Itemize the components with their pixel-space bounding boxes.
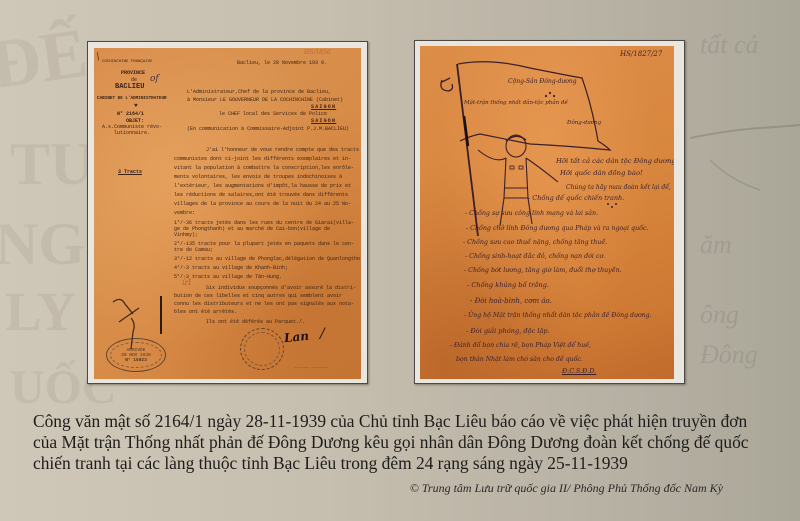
address-line: (En communication à Commissaire-Adjoint … (187, 126, 349, 133)
objet-text: lutionnaire. (114, 130, 150, 137)
slogan-line: Chúng ta hãy mau đoàn kết lại để, (566, 184, 671, 191)
caption-line: Công văn mật số 2164/1 ngày 28-11-1939 c… (33, 411, 773, 432)
address-line: le CHEF local des Services de Police (219, 111, 327, 118)
colony-label: COCHINCHINE FRANÇAISE (102, 59, 152, 66)
closing-line: Ils ont été déférés au Parquet./. (206, 319, 305, 326)
closing-line: bles ont été arrêtés. (174, 309, 237, 316)
slogan-line: - Chống bớt lương, tăng giờ làm, đuổi th… (464, 267, 622, 274)
background-script: Đông (700, 340, 758, 370)
slogan-line: - Chống sưu cao thuế nặng, chống tăng th… (463, 239, 607, 246)
registry-number: HS/1856 (304, 49, 331, 56)
province-name: BACLIEU (115, 84, 144, 91)
slogan-line: bọn thân Nhật làm chó săn cho đế quốc. (456, 356, 583, 363)
slogan-line: - Chống khủng bố trắng. (467, 281, 549, 289)
list-line: 4°/-3 tracts au village de Khanh-Binh; (174, 265, 288, 272)
leaflet-signature: Đ.C.S.Đ.D. (562, 367, 596, 375)
red-annotation: ừ1 (182, 278, 192, 287)
address-line: SAIGON (311, 104, 336, 111)
background-watermark: ĐẾ (0, 14, 92, 107)
flag-text: Đông-dương (567, 120, 601, 126)
slogan-line: - Đánh đổ bọn chia rẽ, bọn Pháp Việt để … (450, 342, 591, 349)
slogan-line: Hỡi quốc dân đồng bào! (560, 169, 643, 177)
background-flag-outline (690, 120, 800, 230)
slogan-line: - Đòi hoà-bình, cơm áo. (470, 297, 552, 305)
body-line: vembre: (174, 210, 195, 217)
body-line: vitant la population à combattre la cons… (174, 165, 354, 172)
flag-text: Mặt-trận thống nhất dân-tộc phản đế (464, 100, 568, 106)
province-label: PROVINCE (121, 70, 145, 77)
slogan-line: - Ủng hộ Mặt trận thống nhất dân tộc phả… (464, 312, 652, 319)
letter-number: N° 2164/1 (117, 111, 144, 118)
caption-line: của Mặt trận Thống nhất phản đế Đông Dươ… (33, 432, 773, 453)
address-line: SAIGON (311, 118, 336, 125)
list-line: tre de Camau; (174, 247, 213, 254)
background-script: tất cả (700, 30, 759, 60)
body-line: ments volontaires, les envois de troupes… (174, 174, 342, 181)
slogan-line: - Chống đế quốc chiến tranh. (528, 194, 624, 202)
arrival-stamp: ARRIVÉE 30 NOV 1939 N° 15023 (106, 338, 166, 372)
slogan-line: - Chống sự sưu công lính mạng và lai sản… (465, 210, 598, 217)
official-seal (240, 328, 284, 370)
slogan-line: - Đòi giải phóng, độc lập. (466, 327, 550, 335)
closing-line: connu les distributeurs et ne les ont pa… (174, 301, 354, 308)
address-line: L'Administrateur,Chef de la province de … (187, 89, 331, 96)
annexes-label: 3 Tracts (118, 169, 142, 176)
body-line: communistes dont ci-joint les différents… (174, 156, 351, 163)
caption-line: chiến tranh tại các làng thuộc tỉnh Bạc … (33, 453, 773, 474)
right-document-frame: HS/1827/27 Cộng-Sản Đôn (414, 40, 685, 384)
slogan-line: - Chống chở lính Đông dương qua Pháp và … (466, 225, 649, 232)
slogan-line: - Chống sinh-hoạt đắc đỏ, chống nạn đói … (465, 253, 605, 260)
signature-title: ~~~~~~ ~~~~~~~ (294, 366, 328, 373)
stamp-line: ARRIVÉE (127, 348, 146, 353)
leaflet-paper: HS/1827/27 Cộng-Sản Đôn (420, 46, 674, 379)
background-watermark: LY (5, 280, 76, 343)
body-line: les réductions de salaires,ont été trouv… (174, 192, 348, 199)
office-emblem: ♥ (134, 102, 138, 109)
body-line: J'ai l'honneur de vous rendre compte que… (206, 147, 359, 154)
source-credit: © Trung tâm Lưu trữ quốc gia II/ Phông P… (410, 481, 723, 496)
signature: Lan (283, 329, 309, 346)
slogan-line: Hỡi tất cả các dân tộc Đông dương! (556, 157, 674, 165)
typed-letter-paper: / / HS/1856 COCHINCHINE FRANÇAISE PROVIN… (94, 48, 361, 379)
signature-stroke: / (320, 326, 325, 342)
background-script: ông (700, 300, 739, 330)
address-line: à Monsieur LE GOUVERNEUR DE LA COCHINCHI… (187, 97, 343, 104)
list-line: Vinhmy); (174, 232, 198, 239)
exhibit-caption: Công văn mật số 2164/1 ngày 28-11-1939 c… (33, 411, 773, 474)
body-line: l'extérieur, les augmentations d'impôt,l… (174, 183, 351, 190)
office-label: CABINET DE L'ADMINISTRATEUR (97, 95, 167, 102)
flag-text: Cộng-Sản Đông-dương (508, 78, 577, 85)
stamp-line: N° 15023 (125, 358, 147, 363)
closing-line: Six individus soupçonnés d'avoir assuré … (206, 285, 356, 292)
stamp-line: 30 NOV 1939 (121, 353, 151, 358)
handwritten-initial: of (150, 74, 159, 84)
list-line: 3°/-12 tracts au village de Phonglac,dél… (174, 256, 361, 263)
date-line: Baclieu, le 28 Novembre 193 9. (237, 60, 327, 67)
body-line: villages de la province au cours de la n… (174, 201, 351, 208)
left-document-frame: / / HS/1856 COCHINCHINE FRANÇAISE PROVIN… (87, 41, 368, 384)
background-script: ăm (700, 230, 732, 260)
pen-mark: / (94, 68, 97, 78)
closing-line: bution de ces libelles et cinq autres qu… (174, 293, 342, 300)
